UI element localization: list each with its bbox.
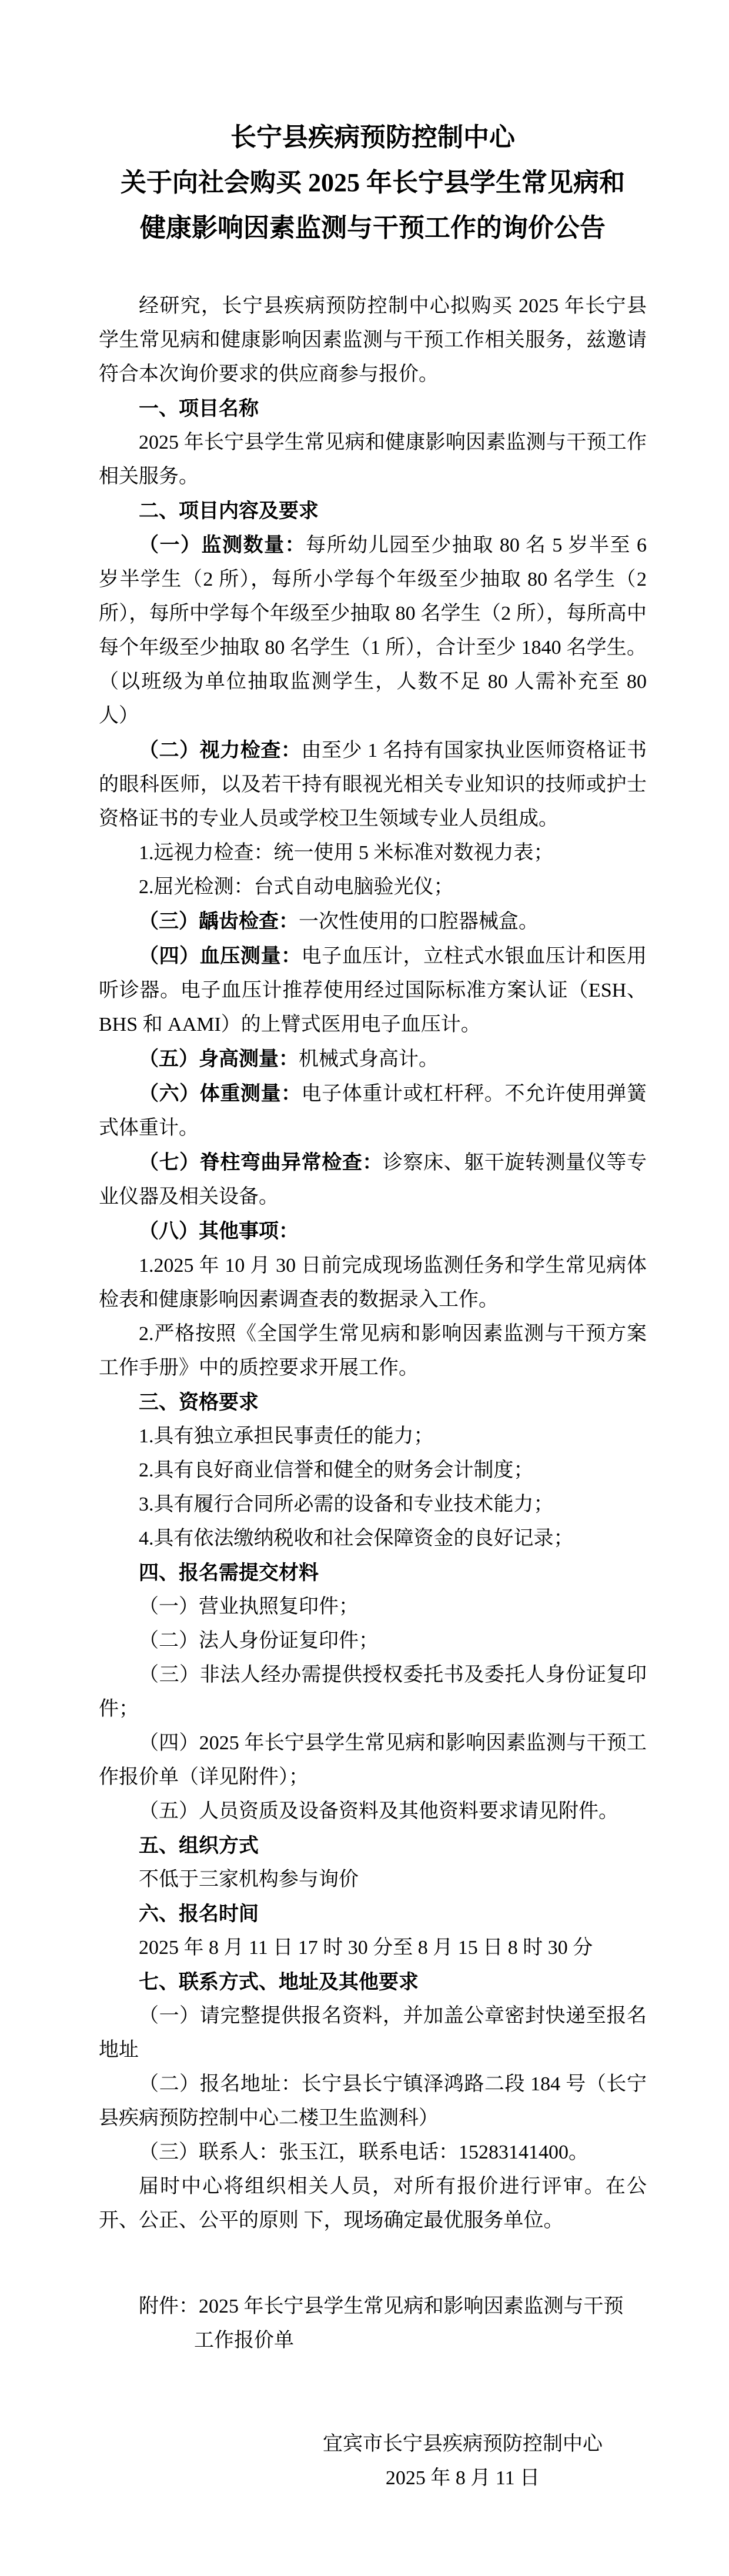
- heading-contact: 七、联系方式、地址及其他要求: [99, 1965, 647, 1999]
- title-line-3: 健康影响因素监测与干预工作的询价公告: [99, 205, 647, 250]
- heading-signup-time: 六、报名时间: [99, 1897, 647, 1931]
- item-blood-pressure: （四）血压测量：电子血压计，立柱式水银血压计和医用听诊器。电子血压计推荐使用经过…: [99, 939, 647, 1042]
- weight-measure-label: （六）体重测量：: [139, 1082, 302, 1105]
- signature-date: 2025 年 8 月 11 日: [323, 2461, 603, 2495]
- heading-qualifications: 三、资格要求: [99, 1385, 647, 1419]
- vision-subitem-2: 2.屈光检测：台式自动电脑验光仪；: [99, 870, 647, 904]
- height-measure-text: 机械式身高计。: [299, 1048, 439, 1070]
- attachment-block: 附件：2025 年长宁县学生常见病和影响因素监测与干预 工作报价单: [99, 2290, 647, 2358]
- other-matters-label: （八）其他事项：: [139, 1220, 299, 1242]
- attachment-line-2: 工作报价单: [99, 2324, 647, 2358]
- qualification-3: 3.具有履行合同所必需的设备和专业技术能力；: [99, 1488, 647, 1522]
- material-4: （四）2025 年长宁县学生常见病和影响因素监测与干预工作报价单（详见附件）；: [99, 1726, 647, 1795]
- heading-project-content: 二、项目内容及要求: [99, 494, 647, 528]
- signature-block: 宜宾市长宁县疾病预防控制中心 2025 年 8 月 11 日: [323, 2427, 603, 2495]
- qualification-1: 1.具有独立承担民事责任的能力；: [99, 1419, 647, 1454]
- item-vision-check: （二）视力检查：由至少 1 名持有国家执业医师资格证书的眼科医师，以及若干持有眼…: [99, 733, 647, 836]
- material-1: （一）营业执照复印件；: [99, 1590, 647, 1624]
- qualification-4: 4.具有依法缴纳税收和社会保障资金的良好记录；: [99, 1522, 647, 1556]
- item-weight-measure: （六）体重测量：电子体重计或杠杆秤。不允许使用弹簧式体重计。: [99, 1077, 647, 1145]
- caries-check-text: 一次性使用的口腔器械盒。: [299, 911, 539, 933]
- item-monitoring-quantity: （一）监测数量：每所幼儿园至少抽取 80 名 5 岁半至 6 岁半学生（2 所）…: [99, 528, 647, 733]
- announcement-document: 长宁县疾病预防控制中心 关于向社会购买 2025 年长宁县学生常见病和 健康影响…: [0, 0, 729, 2576]
- project-name-text: 2025 年长宁县学生常见病和健康影响因素监测与干预工作相关服务。: [99, 426, 647, 494]
- material-5: （五）人员资质及设备资料及其他资料要求请见附件。: [99, 1795, 647, 1829]
- item-other-matters: （八）其他事项：: [99, 1214, 647, 1249]
- title-line-1: 长宁县疾病预防控制中心: [99, 115, 647, 160]
- organization-text: 不低于三家机构参与询价: [99, 1863, 647, 1897]
- item-caries-check: （三）龋齿检查：一次性使用的口腔器械盒。: [99, 904, 647, 939]
- spine-check-label: （七）脊柱弯曲异常检查：: [139, 1151, 383, 1174]
- item-height-measure: （五）身高测量：机械式身高计。: [99, 1042, 647, 1077]
- height-measure-label: （五）身高测量：: [139, 1048, 299, 1070]
- other-subitem-2: 2.严格按照《全国学生常见病和影响因素监测与干预方案工作手册》中的质控要求开展工…: [99, 1317, 647, 1385]
- item-spine-check: （七）脊柱弯曲异常检查：诊察床、躯干旋转测量仪等专业仪器及相关设备。: [99, 1145, 647, 1214]
- document-title: 长宁县疾病预防控制中心 关于向社会购买 2025 年长宁县学生常见病和 健康影响…: [99, 115, 647, 250]
- review-paragraph: 届时中心将组织相关人员，对所有报价进行评审。在公开、公正、公平的原则 下，现场确…: [99, 2170, 647, 2238]
- qualification-2: 2.具有良好商业信誉和健全的财务会计制度；: [99, 1454, 647, 1488]
- heading-materials: 四、报名需提交材料: [99, 1556, 647, 1590]
- attachment-line-1: 附件：2025 年长宁县学生常见病和影响因素监测与干预: [99, 2290, 647, 2324]
- contact-2: （二）报名地址：长宁县长宁镇泽鸿路二段 184 号（长宁县疾病预防控制中心二楼卫…: [99, 2067, 647, 2136]
- heading-organization: 五、组织方式: [99, 1829, 647, 1863]
- monitoring-quantity-text: 每所幼儿园至少抽取 80 名 5 岁半至 6 岁半学生（2 所），每所小学每个年…: [99, 534, 647, 727]
- monitoring-quantity-label: （一）监测数量：: [139, 534, 306, 556]
- contact-1: （一）请完整提供报名资料，并加盖公章密封快递至报名地址: [99, 1999, 647, 2067]
- other-subitem-1: 1.2025 年 10 月 30 日前完成现场监测任务和学生常见病体检表和健康影…: [99, 1249, 647, 1317]
- heading-project-name: 一、项目名称: [99, 392, 647, 426]
- document-body: 经研究，长宁县疾病预防控制中心拟购买 2025 年长宁县学生常见病和健康影响因素…: [99, 289, 647, 2495]
- intro-paragraph: 经研究，长宁县疾病预防控制中心拟购买 2025 年长宁县学生常见病和健康影响因素…: [99, 289, 647, 392]
- vision-subitem-1: 1.远视力检查：统一使用 5 米标准对数视力表；: [99, 836, 647, 870]
- vision-check-label: （二）视力检查：: [139, 739, 301, 761]
- material-3: （三）非法人经办需提供授权委托书及委托人身份证复印件；: [99, 1658, 647, 1726]
- material-2: （二）法人身份证复印件；: [99, 1624, 647, 1658]
- signup-time-text: 2025 年 8 月 11 日 17 时 30 分至 8 月 15 日 8 时 …: [99, 1931, 647, 1965]
- caries-check-label: （三）龋齿检查：: [139, 910, 299, 933]
- blood-pressure-label: （四）血压测量：: [139, 945, 302, 967]
- signature-org: 宜宾市长宁县疾病预防控制中心: [323, 2427, 603, 2461]
- title-line-2: 关于向社会购买 2025 年长宁县学生常见病和: [99, 160, 647, 205]
- contact-3: （三）联系人：张玉江，联系电话：15283141400。: [99, 2136, 647, 2170]
